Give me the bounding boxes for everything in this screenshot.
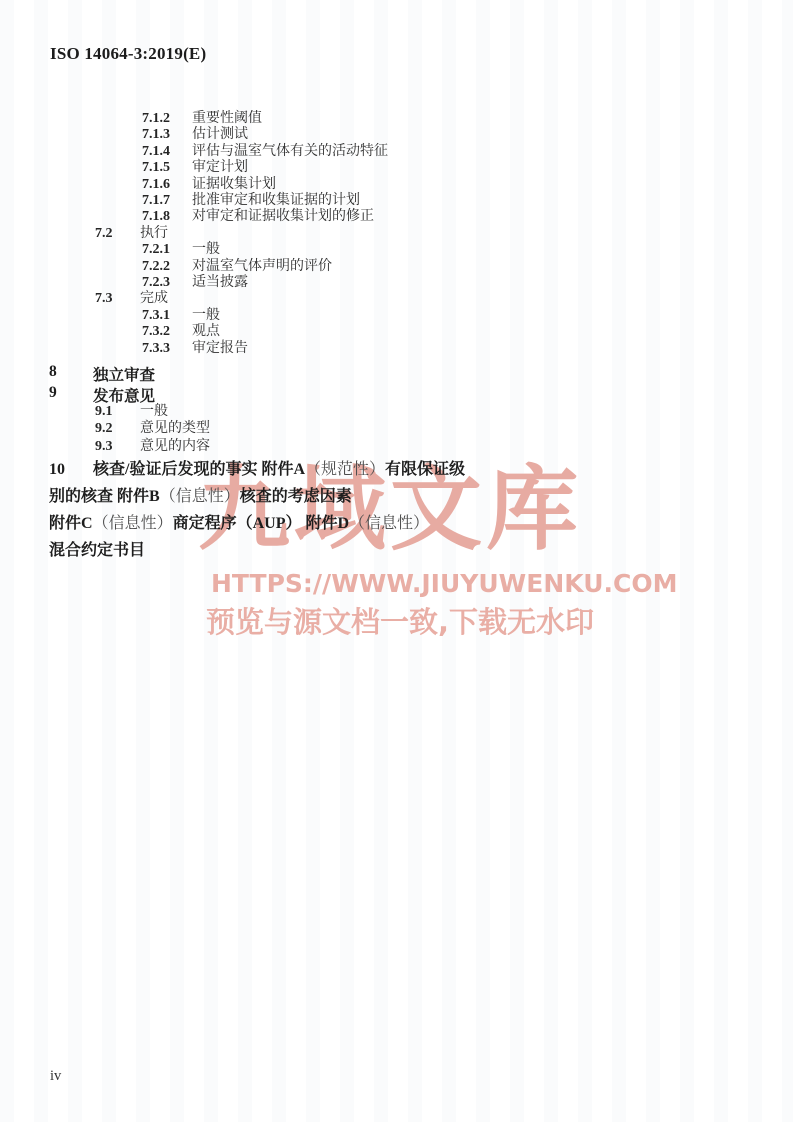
toc-entry-number: 7.3.3 bbox=[142, 341, 192, 357]
toc-entry-number: 7.2.2 bbox=[142, 259, 192, 275]
toc-entry-number: 7.1.6 bbox=[142, 177, 192, 193]
toc-entry: 7.1.3估计测试 bbox=[0, 127, 793, 143]
toc-entry-label: 重要性阈值 bbox=[192, 111, 262, 127]
toc-entry: 9.3意见的内容 bbox=[0, 438, 793, 455]
toc-entry-label: 独立审查 bbox=[93, 363, 155, 385]
toc-clause10-annex-paragraph: 10核查/验证后发现的事实 附件A（规范性）有限保证级 别的核查 附件B（信息性… bbox=[49, 456, 609, 564]
toc-entry-label: 一般 bbox=[192, 242, 220, 258]
toc-entry-label: 适当披露 bbox=[192, 275, 248, 291]
toc-entry-label: 批准审定和收集证据的计划 bbox=[192, 193, 360, 209]
toc-entry: 7.1.8对审定和证据收集计划的修正 bbox=[0, 209, 793, 225]
toc-entry-number: 7.2 bbox=[95, 226, 140, 242]
toc-entry: 7.3.3审定报告 bbox=[0, 341, 793, 357]
page-number: iv bbox=[50, 1068, 61, 1085]
toc-entry: 7.2.1一般 bbox=[0, 242, 793, 258]
annex-text: 核查/验证后发现的事实 附件A bbox=[93, 461, 305, 478]
annex-qualifier: （规范性） bbox=[305, 461, 385, 478]
toc-entry: 7.2执行 bbox=[0, 226, 793, 242]
annex-qualifier: （信息性） bbox=[93, 515, 173, 532]
toc-entry-number: 7.1.5 bbox=[142, 160, 192, 176]
toc-entry-number: 9.3 bbox=[95, 438, 140, 455]
toc-entry-number: 7.1.3 bbox=[142, 127, 192, 143]
toc-entry-number: 9.2 bbox=[95, 420, 140, 437]
toc-clause7-block: 7.1.2重要性阈值 7.1.3估计测试 7.1.4评估与温室气体有关的活动特征… bbox=[0, 111, 793, 357]
toc-entry-number: 8 bbox=[49, 363, 93, 385]
annex-text: 别的核查 附件B bbox=[49, 488, 160, 505]
toc-entry: 7.1.6证据收集计划 bbox=[0, 177, 793, 193]
toc-entry: 7.2.2对温室气体声明的评价 bbox=[0, 259, 793, 275]
toc-entry: 7.1.7批准审定和收集证据的计划 bbox=[0, 193, 793, 209]
toc-clause9-block: 9.1一般 9.2意见的类型 9.3意见的内容 bbox=[0, 403, 793, 455]
toc-entry-number: 7.1.4 bbox=[142, 144, 192, 160]
toc-entry: 9.2意见的类型 bbox=[0, 420, 793, 437]
toc-entry-label: 证据收集计划 bbox=[192, 177, 276, 193]
toc-entry: 7.1.2重要性阈值 bbox=[0, 111, 793, 127]
toc-entry-label: 完成 bbox=[140, 291, 168, 307]
annex-line: 附件C（信息性）商定程序（AUP） 附件D（信息性） bbox=[49, 510, 609, 537]
annex-qualifier: （信息性） bbox=[349, 515, 429, 532]
toc-entry-number: 10 bbox=[49, 456, 93, 483]
toc-entry-label: 观点 bbox=[192, 324, 220, 340]
toc-entry-label: 一般 bbox=[140, 403, 168, 420]
annex-text: 附件C bbox=[49, 515, 93, 532]
toc-entry-number: 7.1.7 bbox=[142, 193, 192, 209]
annex-text: 商定程序（AUP） 附件D bbox=[173, 515, 349, 532]
annex-line: 混合约定书目 bbox=[49, 537, 609, 564]
toc-entry-number: 7.1.8 bbox=[142, 209, 192, 225]
toc-entry-number: 9.1 bbox=[95, 403, 140, 420]
toc-entry-number: 7.3 bbox=[95, 291, 140, 307]
toc-entry-label: 对温室气体声明的评价 bbox=[192, 259, 332, 275]
annex-text: 有限保证级 bbox=[385, 461, 465, 478]
toc-entry: 7.3完成 bbox=[0, 291, 793, 307]
annex-line: 别的核查 附件B（信息性）核查的考虑因素 bbox=[49, 483, 609, 510]
toc-entry: 7.1.4评估与温室气体有关的活动特征 bbox=[0, 144, 793, 160]
toc-entry-number: 7.2.1 bbox=[142, 242, 192, 258]
toc-entry: 7.2.3适当披露 bbox=[0, 275, 793, 291]
toc-entry-label: 估计测试 bbox=[192, 127, 248, 143]
document-page: 九域文库 HTTPS://WWW.JIUYUWENKU.COM 预览与源文档一致… bbox=[0, 0, 793, 1122]
toc-section-8: 8独立审查 bbox=[0, 363, 155, 385]
toc-entry: 7.1.5审定计划 bbox=[0, 160, 793, 176]
toc-entry: 7.3.2观点 bbox=[0, 324, 793, 340]
toc-entry-label: 评估与温室气体有关的活动特征 bbox=[192, 144, 388, 160]
toc-entry-number: 7.3.1 bbox=[142, 308, 192, 324]
toc-entry: 9.1一般 bbox=[0, 403, 793, 420]
toc-entry-label: 意见的类型 bbox=[140, 420, 210, 437]
toc-entry: 7.3.1一般 bbox=[0, 308, 793, 324]
toc-entry-number: 7.2.3 bbox=[142, 275, 192, 291]
toc-entry-number: 7.3.2 bbox=[142, 324, 192, 340]
content-layer: ISO 14064-3:2019(E) 7.1.2重要性阈值 7.1.3估计测试… bbox=[0, 0, 793, 1122]
toc-entry-label: 审定计划 bbox=[192, 160, 248, 176]
toc-entry-label: 执行 bbox=[140, 226, 168, 242]
annex-line: 10核查/验证后发现的事实 附件A（规范性）有限保证级 bbox=[49, 456, 609, 483]
annex-qualifier: （信息性） bbox=[160, 488, 240, 505]
document-header-title: ISO 14064-3:2019(E) bbox=[50, 44, 206, 64]
toc-entry-label: 对审定和证据收集计划的修正 bbox=[192, 209, 374, 225]
toc-entry-label: 审定报告 bbox=[192, 341, 248, 357]
annex-text: 核查的考虑因素 bbox=[240, 488, 352, 505]
annex-text: 混合约定书目 bbox=[49, 542, 145, 559]
toc-entry-number: 7.1.2 bbox=[142, 111, 192, 127]
toc-entry-label: 意见的内容 bbox=[140, 438, 210, 455]
toc-entry-label: 一般 bbox=[192, 308, 220, 324]
